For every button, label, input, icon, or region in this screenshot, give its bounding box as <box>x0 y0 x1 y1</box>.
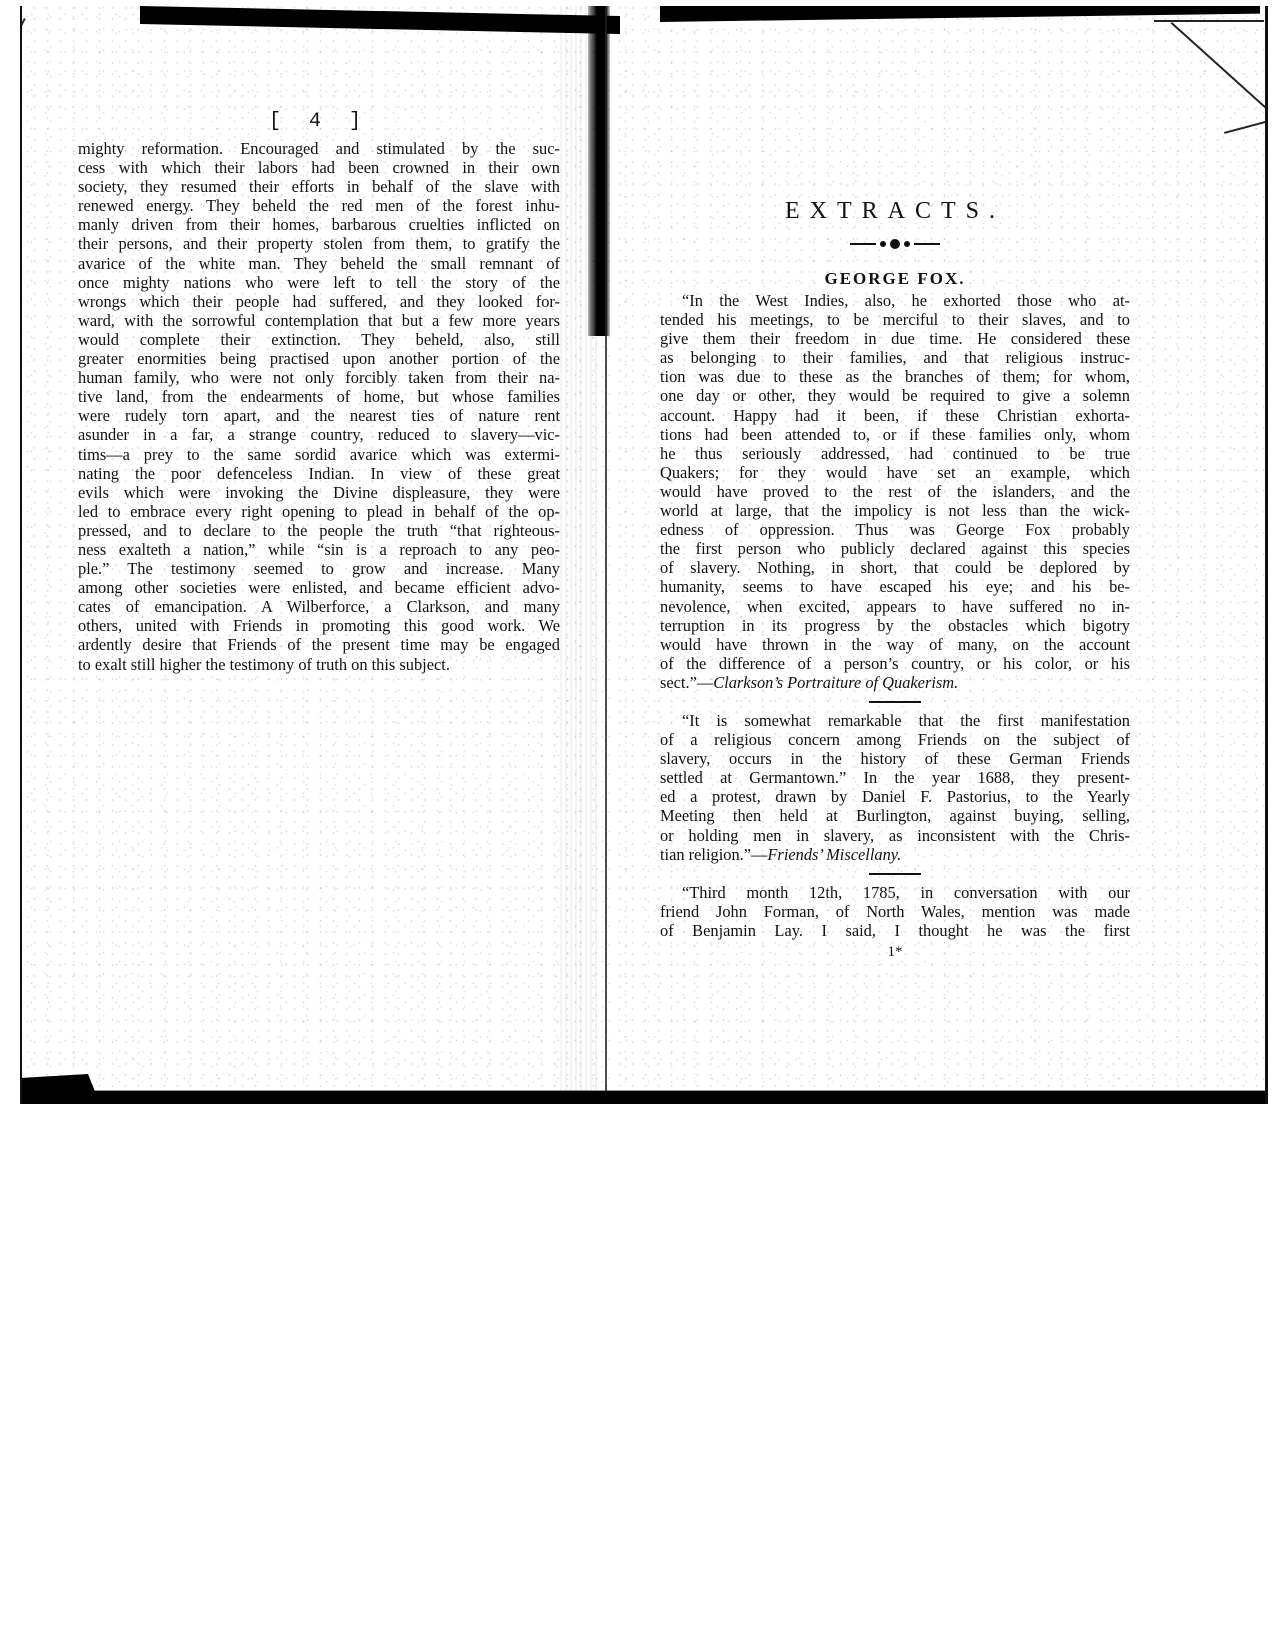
text-line: were rudely torn apart, and the nearest … <box>78 406 560 425</box>
text-line: slavery, occurs in the history of these … <box>660 749 1130 768</box>
ornament-dot <box>880 241 886 247</box>
text-line: account. Happy had it been, if these Chr… <box>660 406 1130 425</box>
text-line: evils which were invoking the Divine dis… <box>78 483 560 502</box>
text-line: pressed, and to declare to the people th… <box>78 521 560 540</box>
text-line: give them their freedom in due time. He … <box>660 329 1130 348</box>
text-line: cess with which their labors had been cr… <box>78 158 560 177</box>
text-line: mighty reformation. Encouraged and stimu… <box>78 139 560 158</box>
text-line: human family, who were not only forcibly… <box>78 368 560 387</box>
ornament-center-dot <box>890 239 900 249</box>
corner-fold-bottom-left <box>20 1064 100 1104</box>
text-line: their persons, and their property stolen… <box>78 234 560 253</box>
text-line: led to embrace every right opening to pl… <box>78 502 560 521</box>
text-line: edness of oppression. Thus was George Fo… <box>660 520 1130 539</box>
text-line: tended his meetings, to be merciful to t… <box>660 310 1130 329</box>
text-line: “Third month 12th, 1785, in conversation… <box>660 883 1130 902</box>
text-line: Meeting then held at Burlington, against… <box>660 806 1130 825</box>
extract-fox: “In the West Indies, also, he exhorted t… <box>660 291 1130 692</box>
text-line: tion was due to these as the branches of… <box>660 367 1130 386</box>
text-line: society, they resumed their efforts in b… <box>78 177 560 196</box>
text-line: greater enormities being practised upon … <box>78 349 560 368</box>
section-heading-george-fox: GEORGE FOX. <box>660 269 1130 289</box>
bottom-edge-shadow <box>20 1074 1268 1104</box>
text-line: ness exalteth a nation,” while “sin is a… <box>78 540 560 559</box>
text-line: cates of emancipation. A Wilberforce, a … <box>78 597 560 616</box>
text-line: once mighty nations who were left to tel… <box>78 273 560 292</box>
extract-third-month: “Third month 12th, 1785, in conversation… <box>660 883 1130 940</box>
text-line-with-citation: sect.”—Clarkson’s Portraiture of Quakeri… <box>660 673 1130 692</box>
top-edge-shadow-left <box>140 6 620 34</box>
text-line: world at large, that the impolicy is not… <box>660 501 1130 520</box>
text-line-with-citation: tian religion.”—Friends’ Miscellany. <box>660 845 1130 864</box>
book-spine-line <box>605 6 607 1104</box>
scan-border-left <box>20 6 22 1104</box>
ornament-divider <box>660 237 1130 251</box>
ornament-bar <box>914 243 940 245</box>
text-line: “It is somewhat remarkable that the firs… <box>660 711 1130 730</box>
text-line: Quakers; for they would have set an exam… <box>660 463 1130 482</box>
text-line: among other societies were enlisted, and… <box>78 578 560 597</box>
text-line: or holding men in slavery, as inconsiste… <box>660 826 1130 845</box>
text-line: of slavery. Nothing, in short, that coul… <box>660 558 1130 577</box>
scan-border-right <box>1265 6 1268 1104</box>
extract-friends-miscellany: “It is somewhat remarkable that the firs… <box>660 711 1130 864</box>
text-line: as belonging to their families, and that… <box>660 348 1130 367</box>
signature-mark: 1* <box>660 944 1130 961</box>
text-line: terruption in its progress by the obstac… <box>660 616 1130 635</box>
text-line: nating the poor defenceless Indian. In v… <box>78 464 560 483</box>
ornament-bar <box>850 243 876 245</box>
text-line: settled at Germantown.” In the year 1688… <box>660 768 1130 787</box>
section-rule <box>869 701 921 703</box>
text-line: tims—a prey to the same sordid avarice w… <box>78 445 560 464</box>
text-line: ple.” The testimony seemed to grow and i… <box>78 559 560 578</box>
text-line: tions had been attended to, or if these … <box>660 425 1130 444</box>
text-line: would complete their extinction. They be… <box>78 330 560 349</box>
text-line: to exalt still higher the testimony of t… <box>78 655 560 674</box>
text-line: asunder in a far, a strange country, red… <box>78 425 560 444</box>
text-line: one day or other, they would be required… <box>660 386 1130 405</box>
citation-clarkson: Clarkson’s Portraiture of Quakerism. <box>713 673 958 692</box>
corner-fold-top-right <box>1154 20 1264 122</box>
text-line: ed a protest, drawn by Daniel F. Pastori… <box>660 787 1130 806</box>
section-rule <box>869 873 921 875</box>
text-line: humanity, seems to have escaped his eye;… <box>660 577 1130 596</box>
text-line: manly driven from their homes, barbarous… <box>78 215 560 234</box>
page-number: [ 4 ] <box>78 110 560 133</box>
text-line: he thus seriously addressed, had continu… <box>660 444 1130 463</box>
closing-text: tian religion.”— <box>660 845 767 864</box>
text-line: would have proved to the rest of the isl… <box>660 482 1130 501</box>
text-line: others, united with Friends in promoting… <box>78 616 560 635</box>
text-line: ardently desire that Friends of the pres… <box>78 635 560 654</box>
citation-friends-miscellany: Friends’ Miscellany. <box>767 845 901 864</box>
text-line: avarice of the white man. They beheld th… <box>78 254 560 273</box>
text-line: renewed energy. They beheld the red men … <box>78 196 560 215</box>
right-page: EXTRACTS. GEORGE FOX. “In the West Indie… <box>660 190 1130 961</box>
text-line: nevolence, when excited, appears to have… <box>660 597 1130 616</box>
text-line: ward, with the sorrowful contemplation t… <box>78 311 560 330</box>
text-line: wrongs which their people had suffered, … <box>78 292 560 311</box>
text-line: friend John Forman, of North Wales, ment… <box>660 902 1130 921</box>
ornament-dot <box>904 241 910 247</box>
left-page: [ 4 ] mighty reformation. Encouraged and… <box>78 110 560 674</box>
text-line: would have thrown in the way of many, on… <box>660 635 1130 654</box>
text-line: of a religious concern among Friends on … <box>660 730 1130 749</box>
closing-text: sect.”— <box>660 673 713 692</box>
text-line: of the difference of a person’s country,… <box>660 654 1130 673</box>
text-line: of Benjamin Lay. I said, I thought he wa… <box>660 921 1130 940</box>
text-line: the first person who publicly declared a… <box>660 539 1130 558</box>
left-page-body: mighty reformation. Encouraged and stimu… <box>78 139 560 674</box>
text-line: tive land, from the endearments of home,… <box>78 387 560 406</box>
text-line: “In the West Indies, also, he exhorted t… <box>660 291 1130 310</box>
extracts-title: EXTRACTS. <box>660 198 1130 225</box>
